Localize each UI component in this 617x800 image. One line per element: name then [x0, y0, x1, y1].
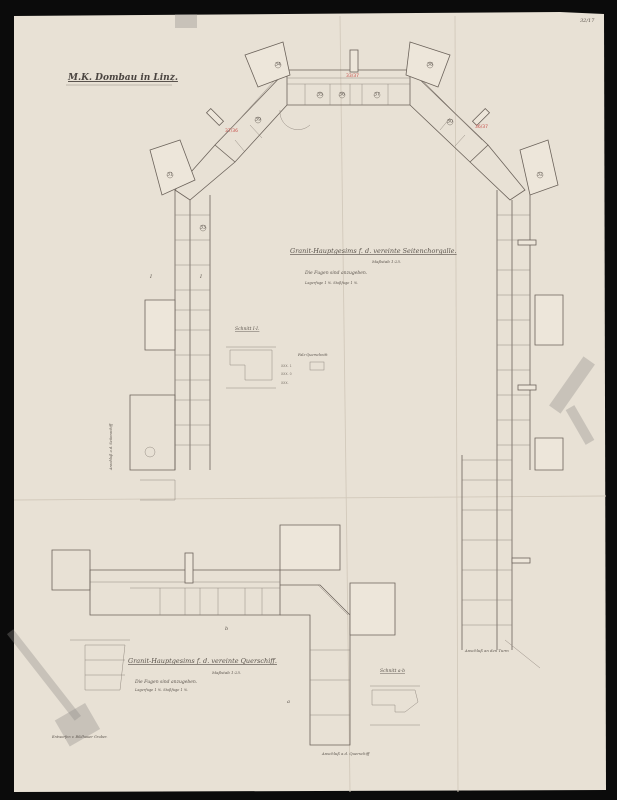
svg-text:XXX. 0: XXX. 0: [281, 372, 292, 376]
svg-text:XXX.: XXX.: [281, 381, 289, 385]
section-ab-title: Schnitt a-b: [380, 668, 405, 674]
svg-text:36: 36: [339, 92, 345, 98]
section-mark-a: a: [287, 699, 290, 705]
svg-text:31: 31: [167, 172, 173, 178]
svg-text:30: 30: [447, 119, 453, 125]
caption-right-tower: Anschluß an den Turm: [464, 648, 509, 653]
red-mark-left: 37/36: [225, 128, 238, 134]
drawing-sheet: 34 35 36 37 38 39 30 31 32 33 33/37 37/3…: [0, 0, 617, 800]
profile-label: Falz-Querschnitt: [297, 353, 328, 357]
caption-bottom-center: Anschluß a.d. Querschiff: [321, 751, 371, 756]
section-I-title: Schnitt I-I.: [235, 326, 260, 332]
upper-plan-title: Granit-Hauptgesims f. d. vereinte Seiten…: [290, 247, 457, 255]
section-mark-b: b: [225, 626, 228, 632]
upper-plan-note: Die Fugen sind anzugeben.: [304, 270, 368, 276]
caption-left-vertical: Anschluß a.d. Seitenschiff: [109, 423, 113, 471]
lower-plan-joint-note: Lagerfuge 1 %. Stoßfuge 1 %.: [134, 688, 188, 692]
lower-plan-note: Die Fugen sind anzugeben.: [134, 679, 198, 685]
svg-text:XXX. 1: XXX. 1: [281, 364, 292, 368]
svg-text:33: 33: [200, 225, 206, 231]
lower-plan-scale: Maßstab 1:25.: [211, 670, 241, 675]
red-mark-right: 36/37: [475, 124, 488, 130]
svg-text:39: 39: [255, 117, 261, 123]
svg-text:37: 37: [374, 92, 380, 98]
caption-bottom-left: Entworfen v. Bildhauer Gruber.: [51, 735, 107, 739]
red-mark-top: 33/37: [346, 73, 359, 79]
upper-plan-scale: Maßstab 1:25.: [371, 259, 401, 264]
archive-number: 32/17: [580, 18, 595, 24]
lower-plan-title: Granit-Hauptgesims f. d. vereinte Quersc…: [128, 657, 277, 665]
drawing-title: M.K. Dombau in Linz.: [67, 73, 178, 83]
svg-text:34: 34: [275, 62, 281, 68]
svg-text:35: 35: [317, 92, 323, 98]
svg-text:38: 38: [427, 62, 433, 68]
upper-plan-joint-note: Lagerfuge 1 %. Stoßfuge 1 %.: [304, 281, 358, 285]
svg-text:32: 32: [537, 172, 543, 178]
